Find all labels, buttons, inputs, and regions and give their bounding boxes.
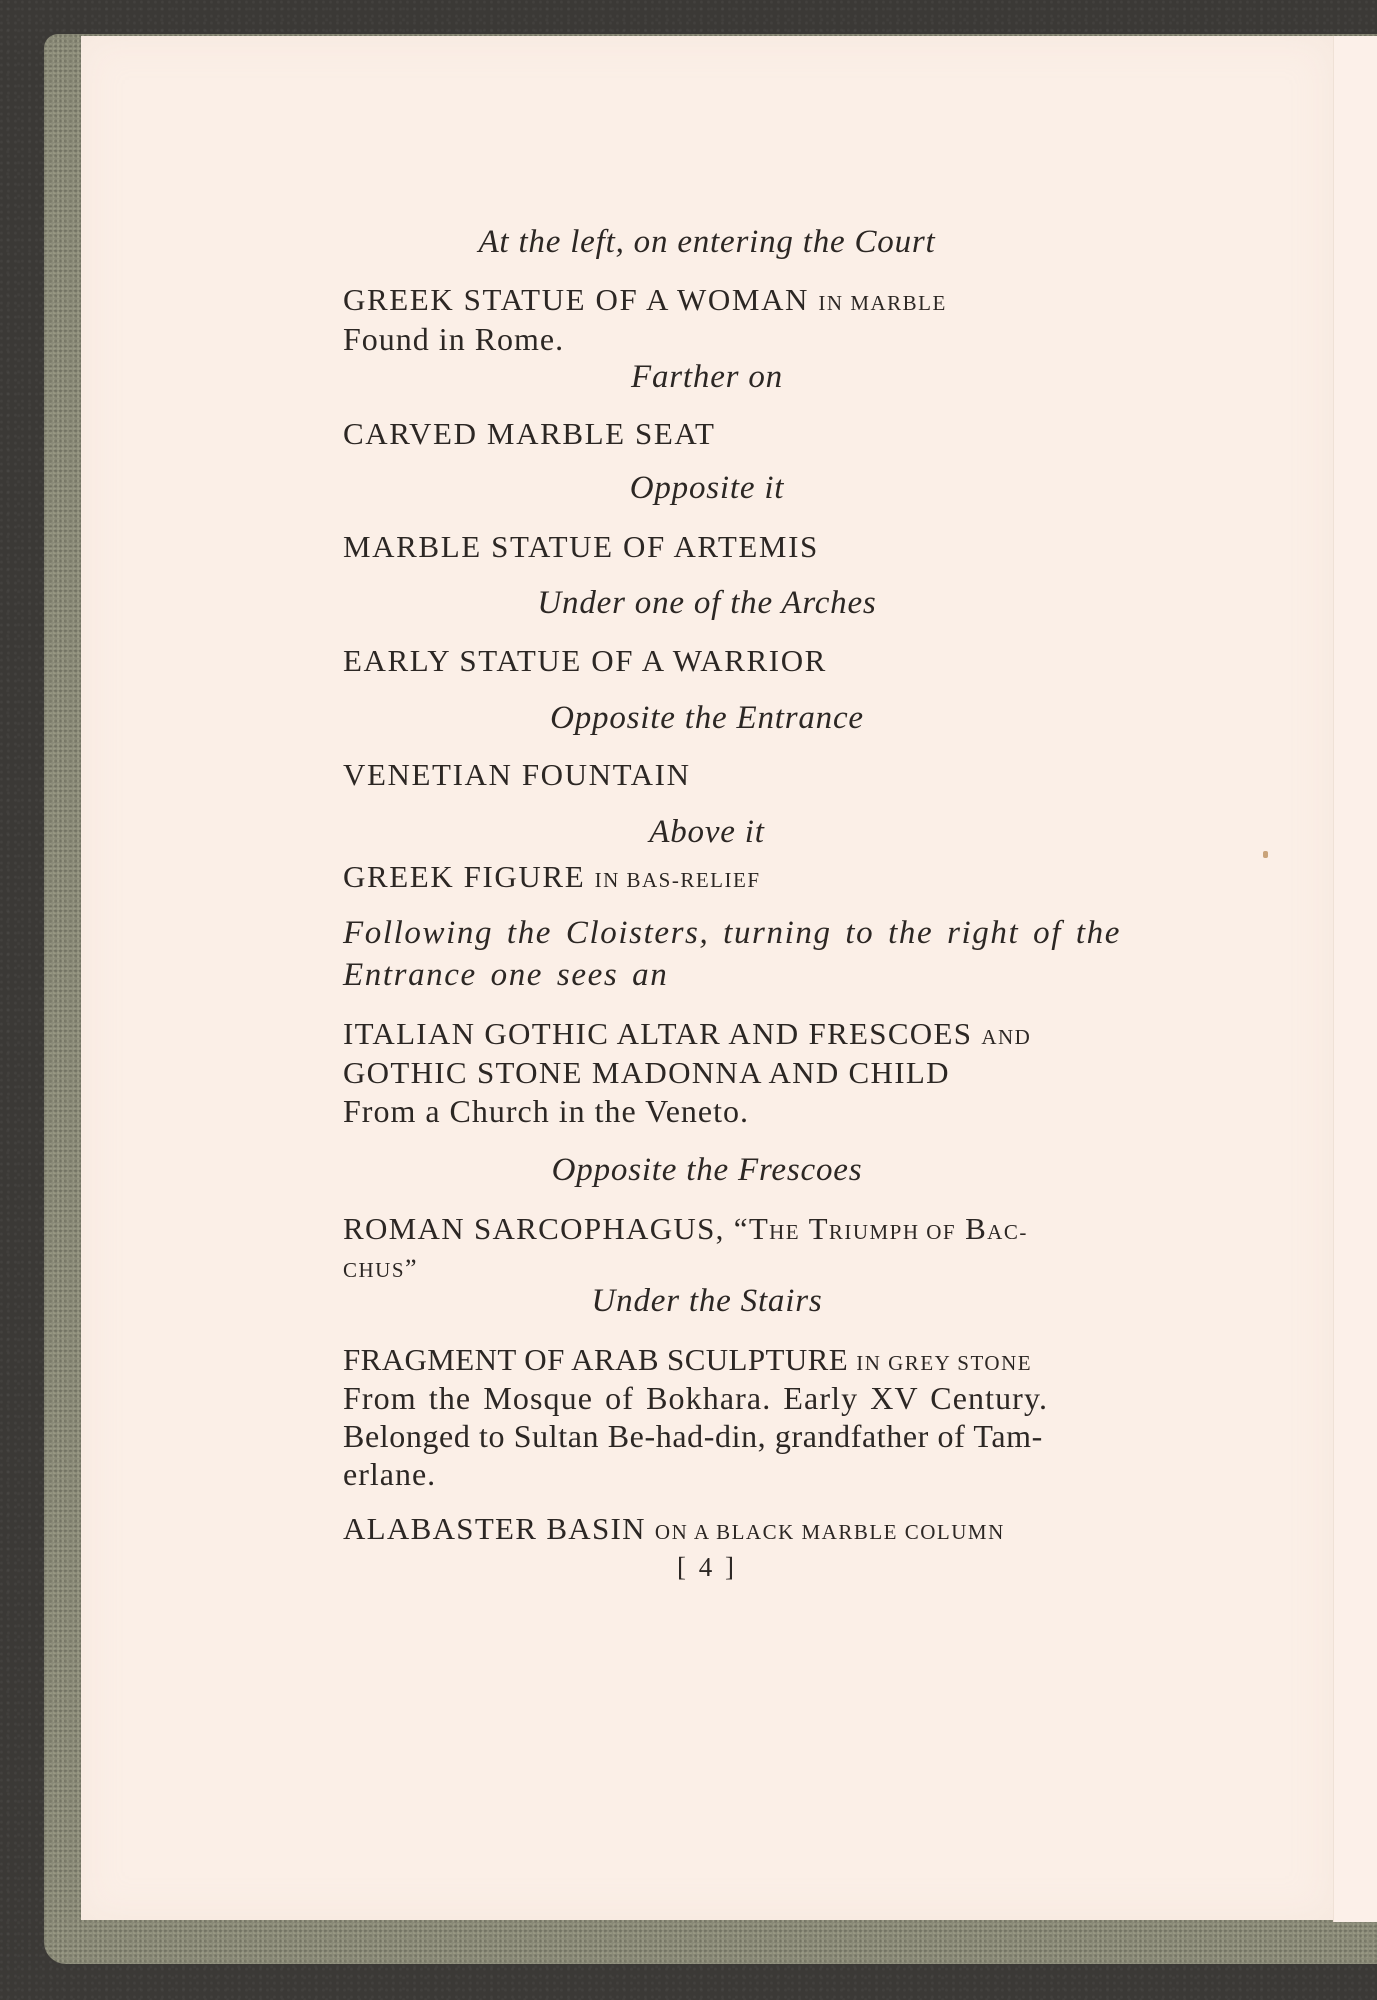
item-title: ROMAN SARCOPHAGUS, [343, 1211, 725, 1246]
item-title: ITALIAN GOTHIC ALTAR AND FRESCOES [343, 1016, 972, 1051]
catalog-item: GREEK STATUE OF A WOMAN in Marble [343, 284, 947, 315]
section-heading: Above it [81, 816, 1333, 849]
item-note: Found in Rome. [343, 323, 564, 355]
catalog-item: GREEK FIGURE in Bas-relief [343, 861, 761, 892]
catalog-item-continued: chus” [343, 1250, 418, 1282]
item-title: FRAGMENT OF ARAB SCULPTURE [343, 1342, 848, 1377]
item-title: ALABASTER BASIN [343, 1511, 646, 1546]
item-note: erlane. [343, 1458, 436, 1490]
item-note: From the Mosque of Bokhara. Early XV Cen… [343, 1382, 1048, 1414]
section-heading: Following the Cloisters, turning to the … [343, 917, 1121, 950]
item-title: GREEK FIGURE [343, 859, 585, 894]
item-conjunction: and [981, 1025, 1031, 1049]
item-title: GREEK STATUE OF A WOMAN [343, 282, 809, 317]
catalog-item: ROMAN SARCOPHAGUS, “The Triumph of Bac- [343, 1213, 1028, 1244]
catalog-item: MARBLE STATUE OF ARTEMIS [343, 531, 819, 562]
facing-page-edge [1333, 36, 1377, 1922]
item-note: Belonged to Sultan Be-had-din, grandfath… [343, 1420, 1043, 1452]
catalog-item: EARLY STATUE OF A WARRIOR [343, 645, 827, 676]
catalog-item: CARVED MARBLE SEAT [343, 418, 716, 449]
section-heading: Opposite the Entrance [81, 702, 1333, 735]
item-material: in Grey Stone [856, 1351, 1032, 1375]
catalog-item: VENETIAN FOUNTAIN [343, 759, 691, 790]
section-heading: Opposite the Frescoes [81, 1154, 1333, 1187]
item-material: in Marble [818, 291, 946, 315]
section-heading: At the left, on entering the Court [81, 226, 1333, 259]
item-material: in Bas-relief [595, 868, 761, 892]
item-material: on a Black Marble Column [655, 1520, 1005, 1544]
catalog-item: ITALIAN GOTHIC ALTAR AND FRESCOES and [343, 1018, 1031, 1049]
section-heading: Under one of the Arches [81, 587, 1333, 620]
paper-blemish [1263, 851, 1268, 858]
section-heading: Opposite it [81, 472, 1333, 505]
section-heading: Under the Stairs [81, 1285, 1333, 1318]
section-heading-continued: Entrance one sees an [343, 959, 668, 992]
catalog-item: ALABASTER BASIN on a Black Marble Column [343, 1513, 1005, 1544]
catalog-item: FRAGMENT OF ARAB SCULPTURE in Grey Stone [343, 1344, 1032, 1375]
section-heading: Farther on [81, 361, 1333, 394]
book-page [81, 36, 1333, 1920]
catalog-item-continued: GOTHIC STONE MADONNA AND CHILD [343, 1057, 950, 1088]
item-subtitle: “The Triumph of Bac- [734, 1211, 1028, 1246]
page-number: [ 4 ] [81, 1554, 1333, 1581]
item-note: From a Church in the Veneto. [343, 1095, 749, 1127]
